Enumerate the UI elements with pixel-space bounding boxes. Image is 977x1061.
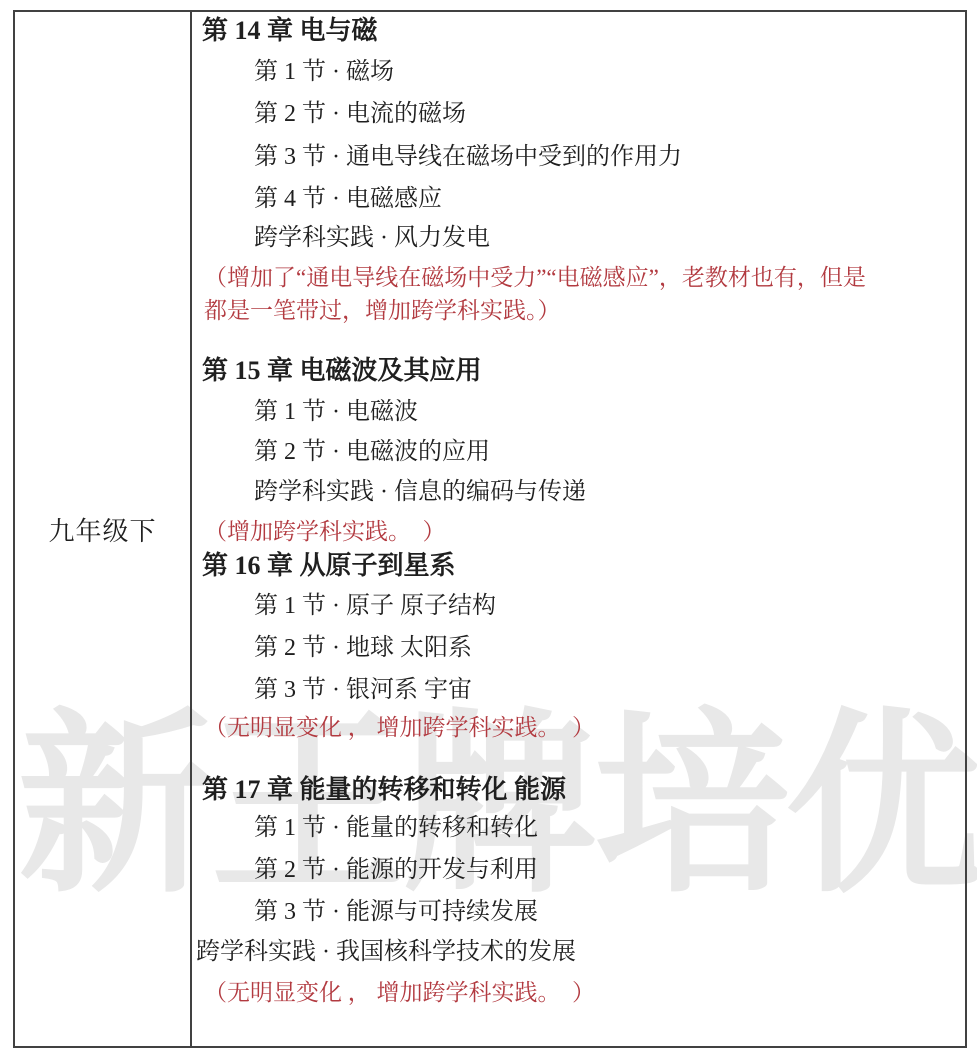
- document-page: 新王牌培优 九年级下 第 14 章 电与磁 第 1 节 · 磁场 第 2 节 ·…: [0, 0, 977, 1061]
- chapter-16-section-2: 第 2 节 · 地球 太阳系: [254, 633, 472, 663]
- chapter-16-title: 第 16 章 从原子到星系: [202, 551, 456, 581]
- chapter-14-title: 第 14 章 电与磁: [202, 16, 378, 46]
- chapter-15-title: 第 15 章 电磁波及其应用: [202, 356, 482, 386]
- chapter-14-annotation-line-2: 都是一笔带过，增加跨学科实践。）: [204, 296, 561, 326]
- chapter-14-annotation-line-1: （增加了“通电导线在磁场中受力”“电磁感应”，老教材也有，但是: [204, 263, 866, 293]
- chapter-14-section-3: 第 3 节 · 通电导线在磁场中受到的作用力: [254, 142, 682, 172]
- chapter-14-practice: 跨学科实践 · 风力发电: [254, 223, 490, 253]
- chapter-14-section-4: 第 4 节 · 电磁感应: [254, 184, 442, 214]
- chapter-14-section-2: 第 2 节 · 电流的磁场: [254, 99, 466, 129]
- grade-header-cell: 九年级下: [15, 12, 192, 1046]
- chapter-17-title: 第 17 章 能量的转移和转化 能源: [202, 775, 566, 805]
- chapter-content-cell: 第 14 章 电与磁 第 1 节 · 磁场 第 2 节 · 电流的磁场 第 3 …: [192, 12, 965, 1046]
- chapter-17-annotation: （无明显变化 ， 增加跨学科实践。 ）: [204, 978, 595, 1008]
- chapter-15-section-2: 第 2 节 · 电磁波的应用: [254, 437, 490, 467]
- chapter-16-section-3: 第 3 节 · 银河系 宇宙: [254, 675, 472, 705]
- chapter-17-section-1: 第 1 节 · 能量的转移和转化: [254, 813, 538, 843]
- textbook-contents-table: 九年级下 第 14 章 电与磁 第 1 节 · 磁场 第 2 节 · 电流的磁场…: [13, 10, 967, 1048]
- grade-label: 九年级下: [48, 511, 156, 548]
- chapter-14-section-1: 第 1 节 · 磁场: [254, 57, 394, 87]
- chapter-15-annotation: （增加跨学科实践。 ）: [204, 517, 446, 547]
- chapter-15-section-1: 第 1 节 · 电磁波: [254, 397, 418, 427]
- chapter-17-section-3: 第 3 节 · 能源与可持续发展: [254, 897, 538, 927]
- chapter-15-practice: 跨学科实践 · 信息的编码与传递: [254, 477, 586, 507]
- chapter-16-annotation: （无明显变化 ， 增加跨学科实践。 ）: [204, 713, 595, 743]
- chapter-16-section-1: 第 1 节 · 原子 原子结构: [254, 591, 496, 621]
- chapter-17-practice: 跨学科实践 · 我国核科学技术的发展: [196, 937, 576, 967]
- chapter-17-section-2: 第 2 节 · 能源的开发与利用: [254, 855, 538, 885]
